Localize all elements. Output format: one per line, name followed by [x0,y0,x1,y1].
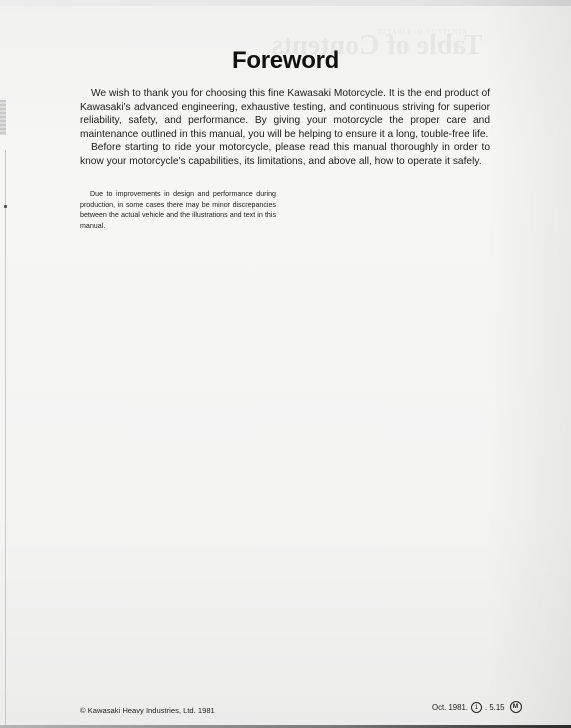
scan-top-edge [0,0,571,6]
improvement-notice: Due to improvements in design and perfor… [80,189,276,231]
print-code: . 5.15 [485,703,505,712]
print-info: Oct. 1981. 1 . 5.15 M [432,701,523,713]
page-fold-line [5,150,6,728]
binding-shadow [0,100,6,135]
paragraph-thanks: We wish to thank you for choosing this f… [80,87,490,141]
copyright-line: © Kawasaki Heavy Industries, Ltd. 1981 [80,706,215,715]
manual-page: ZZTABLE OF CONTENTS Table of Contents Fo… [0,0,571,728]
bleed-through-header: ZZTABLE OF CONTENTS [378,28,467,36]
print-date: Oct. 1981. [432,703,468,712]
paragraph-read-manual: Before starting to ride your motorcycle,… [80,141,490,168]
foreword-body: We wish to thank you for choosing this f… [80,87,490,168]
edition-circled-icon: 1 [471,702,482,713]
page-title: Foreword [0,47,571,75]
scan-speck [4,205,7,208]
notice-text: Due to improvements in design and perfor… [80,189,276,231]
printer-circled-m-icon: M [510,701,522,713]
